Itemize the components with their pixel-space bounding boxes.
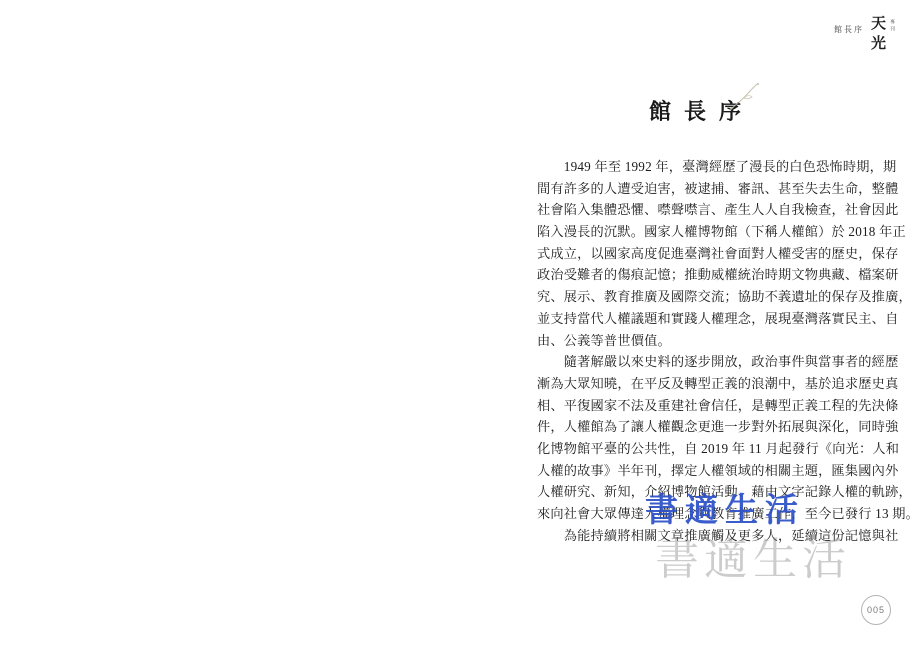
body-line: 1949 年至 1992 年，臺灣經歷了漫長的白色恐怖時期，期: [537, 156, 897, 178]
leaf-sprig-illustration: [724, 80, 766, 121]
body-line: 件，人權館為了讓人權觀念更進一步對外拓展與深化，同時強: [537, 416, 897, 438]
series-title-vertical: 天光: [867, 15, 888, 55]
body-line: 社會陷入集體恐懼、噤聲噤言、產生人人自我檢查，社會因此: [537, 199, 897, 221]
body-line: 陷入漫長的沉默。國家人權博物館（下稱人權館）於 2018 年正: [537, 221, 897, 243]
page-number-badge: 005: [861, 595, 891, 625]
series-side-label: 專刊: [888, 19, 895, 33]
running-head-chapter: 館長序: [834, 24, 864, 35]
book-page-spread: 館長序 天光 專刊 館長序 1949 年至 1992 年，臺灣經歷了漫長的白色恐…: [0, 0, 917, 650]
body-line: 化博物館平臺的公共性，自 2019 年 11 月起發行《向光：人和: [537, 438, 897, 460]
watermark-gray: 書適生活: [655, 523, 851, 587]
body-line: 人權的故事》半年刊，擇定人權領域的相關主題，匯集國內外: [537, 460, 897, 482]
body-line: 由、公義等普世價值。: [537, 330, 897, 352]
body-line: 並支持當代人權議題和實踐人權理念，展現臺灣落實民主、自: [537, 308, 897, 330]
body-line: 隨著解嚴以來史料的逐步開放，政治事件與當事者的經歷: [537, 351, 897, 373]
body-line: 究、展示、教育推廣及國際交流；協助不義遺址的保存及推廣，: [537, 286, 897, 308]
body-line: 相、平復國家不法及重建社會信任，是轉型正義工程的先決條: [537, 395, 897, 417]
body-line: 政治受難者的傷痕記憶；推動威權統治時期文物典藏、檔案研: [537, 264, 897, 286]
body-line: 漸為大眾知曉，在平反及轉型正義的浪潮中，基於追求歷史真: [537, 373, 897, 395]
body-line: 間有許多的人遭受迫害，被逮捕、審訊、甚至失去生命，整體: [537, 178, 897, 200]
body-line: 式成立，以國家高度促進臺灣社會面對人權受害的歷史，保存: [537, 243, 897, 265]
